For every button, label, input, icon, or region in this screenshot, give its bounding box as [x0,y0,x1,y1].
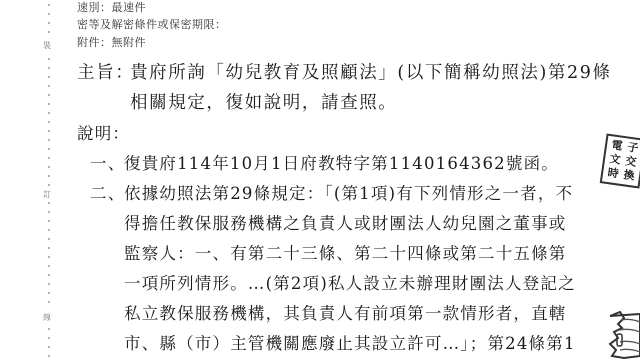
margin-dot [48,238,50,240]
margin-dot [48,85,50,87]
explanation-item-2-line: 得擔任教保服務機構之負責人或財團法人幼兒園之董事或 [124,213,567,235]
margin-dot [48,157,50,159]
margin-dot [48,301,50,303]
margin-dot [48,274,50,276]
electronic-exchange-stamp: 電 子 文 交 時 換 [600,133,640,188]
explanation-item-2-line: 私立教保服務機構，其負責人有前項第一款情形者，直轄 [124,303,567,325]
binding-margin-label: 線 [43,313,51,323]
binding-margin-label: 訂 [43,190,51,200]
speed-field: 速別：最速件 [77,1,146,15]
margin-dot [48,67,50,69]
margin-dot [48,220,50,222]
explanation-item-1-line: 復貴府114年10月1日府教特字第1140164362號函。 [124,153,559,175]
margin-dot [48,103,50,105]
explanation-item-2-line: 市、縣（市）主管機關應廢止其設立許可…」；第24條第1 [124,333,576,355]
stamp-char: 時 [605,166,621,182]
subject-label: 主旨： [77,62,134,84]
margin-dot [48,292,50,294]
explanation-item-1-marker: 一、 [90,153,125,175]
margin-dot [48,229,50,231]
stamp-char: 換 [621,168,637,184]
margin-dot [48,94,50,96]
margin-dot [48,202,50,204]
classification-field: 密等及解密條件或保密期限： [77,18,227,32]
margin-dot [48,31,50,33]
margin-dot [48,247,50,249]
explanation-item-2-line: 一項所列情形。…(第2項)私人設立未辦理財團法人登記之 [124,273,576,295]
margin-dot [48,112,50,114]
subject-line-2: 相關規定，復如說明，請查照。 [130,92,397,114]
subject-line-1: 貴府所詢「幼兒教育及照顧法」(以下簡稱幼照法)第29條 [130,62,612,84]
margin-dot [48,58,50,60]
margin-dot [48,211,50,213]
margin-dot [48,166,50,168]
attachment-field: 附件：無附件 [77,36,146,50]
margin-dot [48,328,50,330]
binding-margin: 裝訂線 [44,0,54,360]
binding-margin-label: 裝 [43,41,51,51]
margin-dot [48,283,50,285]
explanation-item-2-line: 監察人：一、有第二十三條、第二十四條或第二十五條第 [124,243,567,265]
margin-dot [48,175,50,177]
margin-dot [48,256,50,258]
explanation-item-2-marker: 二、 [90,183,125,205]
explanation-label: 說明： [77,123,130,145]
margin-dot [48,148,50,150]
margin-dot [48,139,50,141]
margin-dot [48,265,50,267]
margin-dot [48,355,50,357]
margin-dot [48,121,50,123]
margin-dot [48,130,50,132]
margin-dot [48,4,50,6]
margin-dot [48,337,50,339]
margin-dot [48,76,50,78]
explanation-item-2-line: 依據幼照法第29條規定：「(第1項)有下列情形之一者，不 [124,183,573,205]
margin-dot [48,184,50,186]
margin-dot [48,346,50,348]
margin-dot [48,22,50,24]
official-seal-icon [596,310,640,360]
margin-dot [48,13,50,15]
